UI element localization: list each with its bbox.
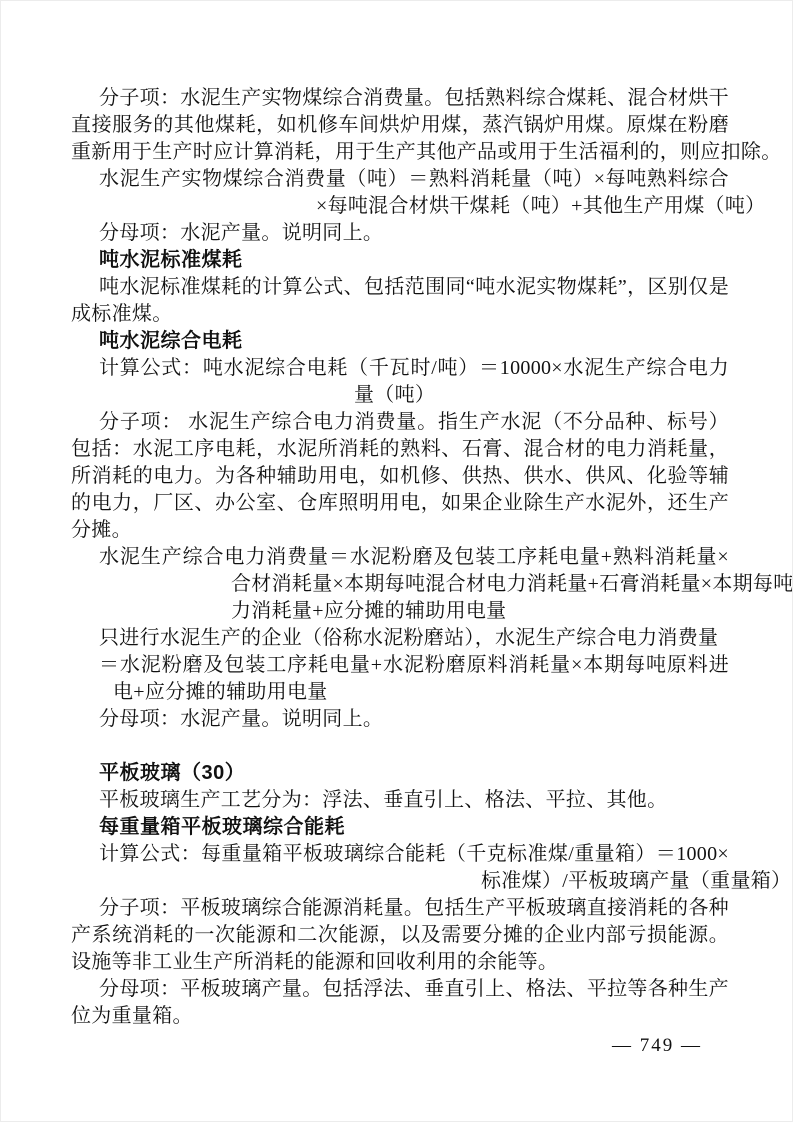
text-line: 包括：水泥工序电耗，水泥所消耗的熟料、石膏、混合材的电力消耗量，水泥出厂时，进行… <box>71 436 729 463</box>
formula-continuation-line: 量（吨） <box>71 382 729 409</box>
formula-continuation-line: ×每吨混合材烘干煤耗（吨）+其他生产用煤（吨） <box>71 193 729 220</box>
text-line: ＝水泥粉磨及包装工序耗电量+水泥粉磨原料消耗量×本期每吨原料进厂工序电耗+水泥发… <box>71 652 729 679</box>
section-heading: 吨水泥综合电耗 <box>71 328 729 355</box>
text-line: 分母项：水泥产量。说明同上。 <box>71 706 729 733</box>
formula-continuation-line: 电+应分摊的辅助用电量 <box>71 679 729 706</box>
page-number: — 749 — <box>612 1035 702 1057</box>
text-line: 只进行水泥生产的企业（俗称水泥粉磨站），水泥生产综合电力消费量 <box>71 625 729 652</box>
text-line: 分子项：水泥生产实物煤综合消费量。包括熟料综合煤耗、混合材烘干煤耗以外，还包括为… <box>71 85 729 112</box>
text-line: 产系统消耗的一次能源和二次能源，以及需要分摊的企业内部亏损能源。不包括用于基本建… <box>71 922 729 949</box>
text-line: 平板玻璃生产工艺分为：浮法、垂直引上、格法、平拉、其他。 <box>71 787 729 814</box>
text-line: 位为重量箱。 <box>71 1003 729 1030</box>
text-line: 分子项：平板玻璃综合能源消耗量。包括生产平板玻璃直接消耗的各种能源、辅助生产系统… <box>71 895 729 922</box>
formula-continuation-line: 标准煤）/平板玻璃产量（重量箱） <box>71 868 729 895</box>
document-body: 分子项：水泥生产实物煤综合消费量。包括熟料综合煤耗、混合材烘干煤耗以外，还包括为… <box>71 85 729 1030</box>
text-line: 直接服务的其他煤耗，如机修车间烘炉用煤，蒸汽锅炉用煤。原煤在粉磨过程中，用收尘办… <box>71 112 729 139</box>
document-page: 分子项：水泥生产实物煤综合消费量。包括熟料综合煤耗、混合材烘干煤耗以外，还包括为… <box>0 0 793 1122</box>
text-line: 所消耗的电力。为各种辅助用电，如机修、供热、供水、供风、化验等辅助用电，变电、配… <box>71 463 729 490</box>
text-line: 成标准煤。 <box>71 301 729 328</box>
section-heading: 吨水泥标准煤耗 <box>71 247 729 274</box>
section-heading: 平板玻璃（30） <box>71 760 729 787</box>
formula-continuation-line: 力消耗量+应分摊的辅助用电量 <box>71 598 729 625</box>
formula-continuation-line: 合材消耗量×本期每吨混合材电力消耗量+石膏消耗量×本期每吨石膏电 <box>71 571 729 598</box>
text-line: 计算公式：吨水泥综合电耗（千瓦时/吨）＝10000×水泥生产综合电力消费量（万千… <box>71 355 729 382</box>
text-line: 设施等非工业生产所消耗的能源和回收利用的余能等。 <box>71 949 729 976</box>
text-line: 计算公式：每重量箱平板玻璃综合能耗（千克标准煤/重量箱）＝1000×平板玻璃综合… <box>71 841 729 868</box>
text-line: 水泥生产综合电力消费量＝水泥粉磨及包装工序耗电量+熟料消耗量×本期每吨熟料电力消… <box>71 544 729 571</box>
text-line: 分子项： 水泥生产综合电力消费量。指生产水泥（不分品种、标号）所消耗的电力。消耗… <box>71 409 729 436</box>
text-line: 分母项：平板玻璃产量。包括浮法、垂直引上、格法、平拉等各种生产工艺生产的平板玻璃… <box>71 976 729 1003</box>
section-heading: 每重量箱平板玻璃综合能耗 <box>71 814 729 841</box>
text-line: 吨水泥标准煤耗的计算公式、包括范围同“吨水泥实物煤耗”，区别仅是将实物煤用折标准… <box>71 274 729 301</box>
text-line: 水泥生产实物煤综合消费量（吨）＝熟料消耗量（吨）×每吨熟料综合煤耗（吨）+混合材… <box>71 166 729 193</box>
text-line: 重新用于生产时应计算消耗，用于生产其他产品或用于生活福利的，则应扣除。 <box>71 139 729 166</box>
text-line: 的电力，厂区、办公室、仓库照明用电，如果企业除生产水泥外，还生产其他产品，则要按… <box>71 490 729 517</box>
blank-line <box>71 733 729 760</box>
text-line: 分摊。 <box>71 517 729 544</box>
text-line: 分母项：水泥产量。说明同上。 <box>71 220 729 247</box>
